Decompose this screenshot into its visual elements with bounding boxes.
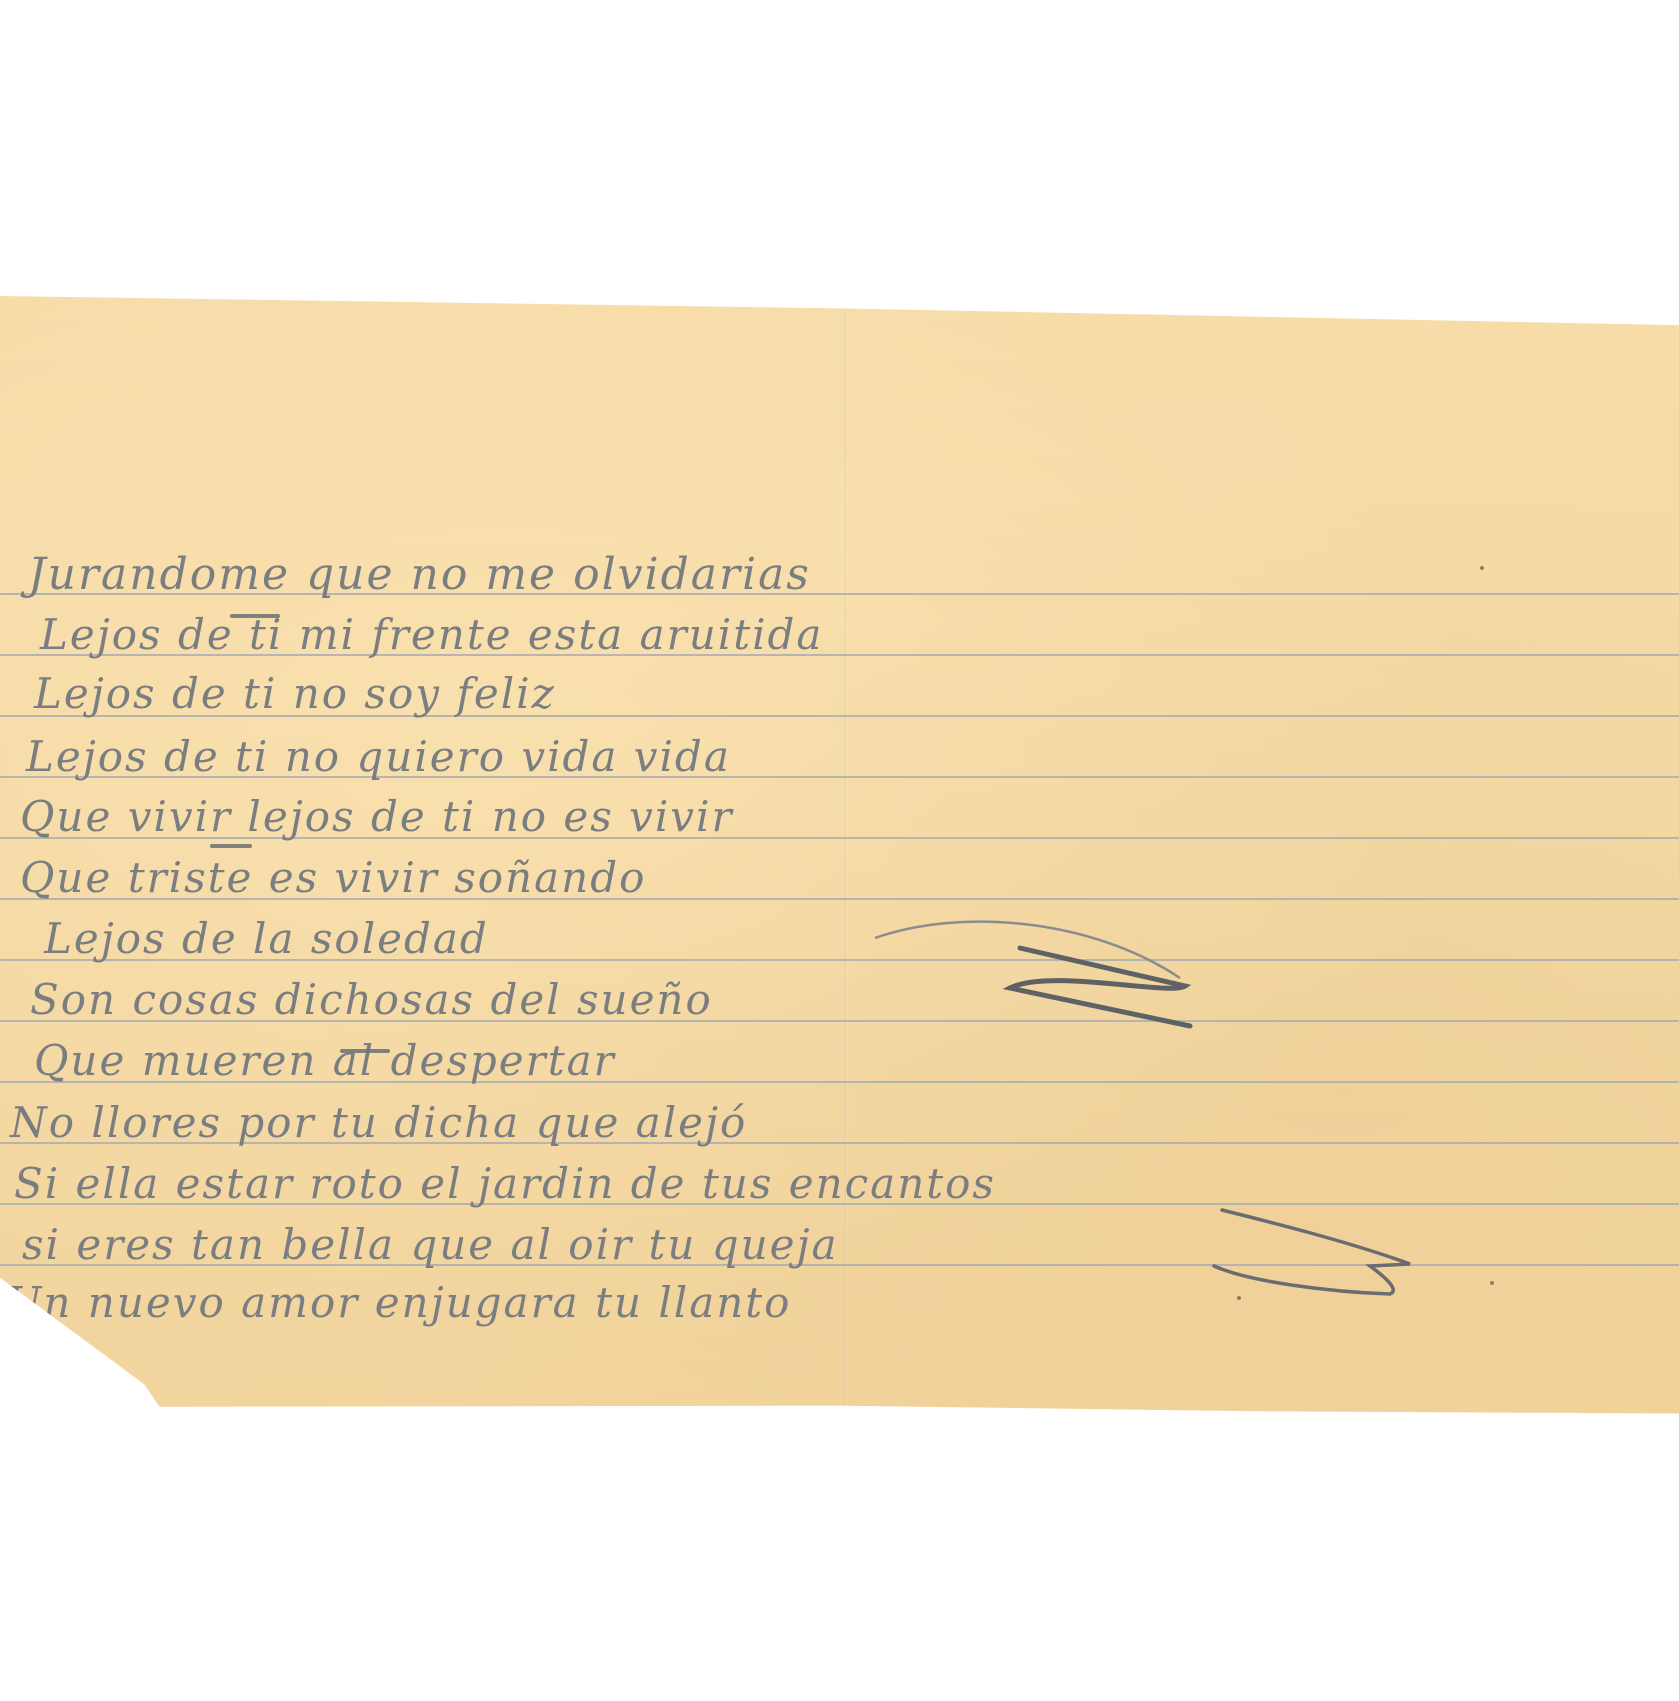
verse-line-8: Son cosas dichosas del sueño <box>30 979 713 1021</box>
pencil-overline-mark <box>210 844 252 848</box>
verse-line-2: Lejos de ti mi frente esta aruitida <box>40 614 823 656</box>
verse-line-3: Lejos de ti no soy feliz <box>34 673 556 715</box>
verse-line-1: Jurandome que no me olvidarias <box>28 553 811 597</box>
verse-line-4: Lejos de ti no quiero vida vida <box>26 736 731 778</box>
verse-line-11: Si ella estar roto el jardin de tus enca… <box>14 1163 996 1205</box>
paper-speck <box>1480 566 1484 570</box>
verse-line-12: si eres tan bella que al oir tu queja <box>22 1224 839 1266</box>
pencil-overline-mark <box>340 1049 390 1053</box>
pencil-overline-mark <box>230 614 280 618</box>
verse-line-6: Que triste es vivir soñando <box>20 857 646 899</box>
verse-line-7: Lejos de la soledad <box>44 918 489 960</box>
paper-speck <box>1490 1281 1494 1285</box>
paper-sheet: Jurandome que no me olvidarias Lejos de … <box>0 296 1679 1418</box>
verse-line-9: Que mueren al despertar <box>34 1040 616 1082</box>
verse-line-10: No llores por tu dicha que alejó <box>10 1102 747 1144</box>
pencil-scribble-lower <box>1210 1202 1430 1302</box>
pencil-scribble-upper <box>870 908 1230 1048</box>
verse-line-13: Un nuevo amor enjugara tu llanto <box>6 1282 791 1324</box>
verse-line-5: Que vivir lejos de ti no es vivir <box>20 796 734 838</box>
paper-speck <box>1237 1296 1241 1300</box>
